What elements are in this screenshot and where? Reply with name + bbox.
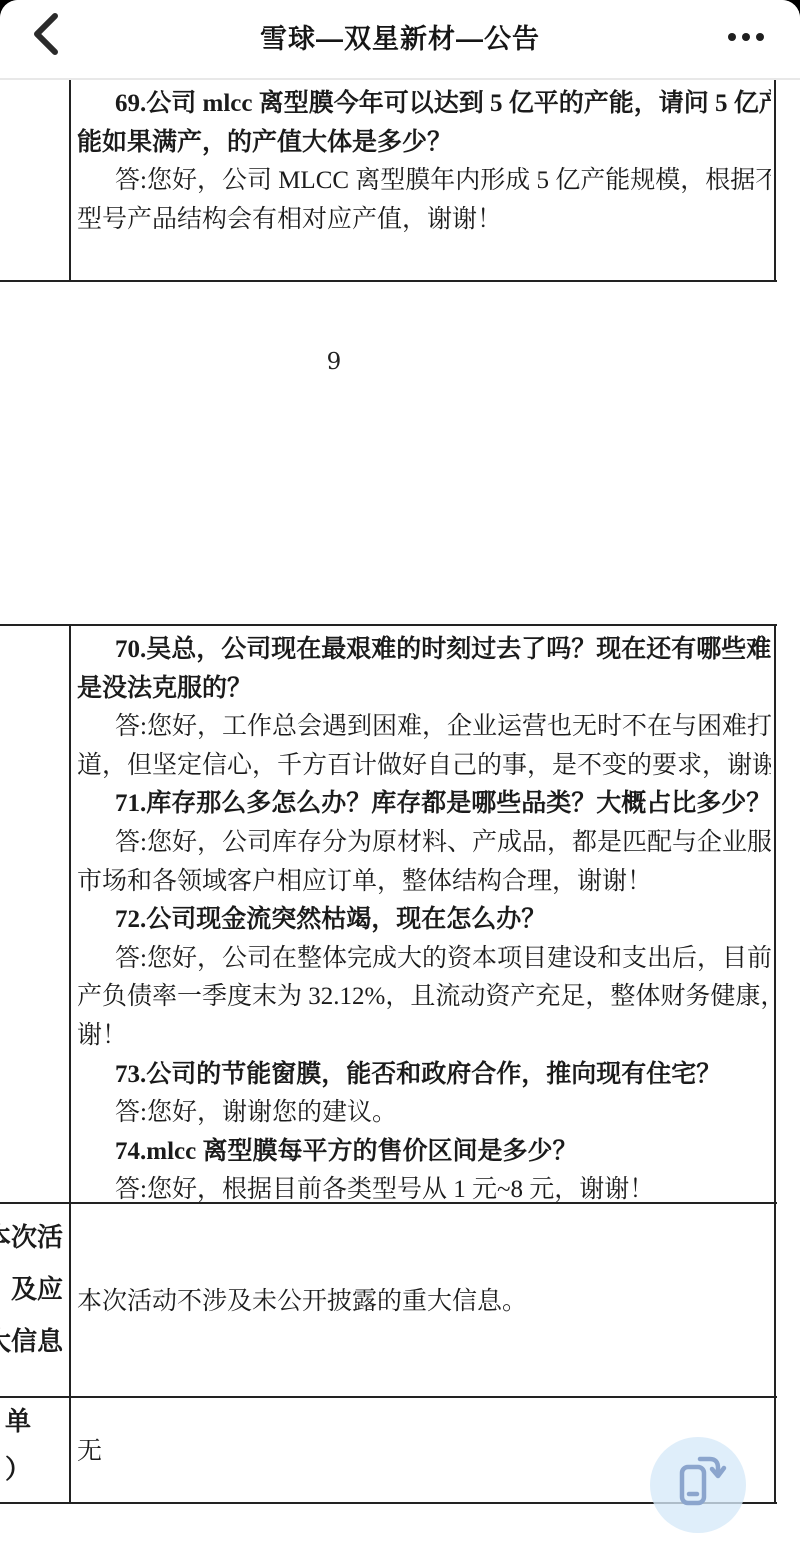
chevron-left-icon [31,12,61,61]
text-line: 能如果满产，的产值大体是多少？ [77,124,771,163]
text-line: 产负债率一季度末为 32.12%，且流动资产充足，整体财务健康，谢 [77,978,771,1017]
qa-cell: 70.吴总，公司现在最艰难的时刻过去了吗？现在还有哪些难点是没法克服的？答:您好… [71,631,777,1210]
text-line: 74.mlcc 离型膜每平方的售价区间是多少？ [77,1133,771,1172]
disclosure-row-label: 本次活及应大信息 [0,1212,69,1392]
text-line: 是没法克服的？ [77,670,771,709]
table2-top-border [0,624,777,626]
pdf-page-number: 9 [0,349,668,375]
ellipsis-icon [728,33,764,41]
page-title: 雪球—双星新材—公告 [120,0,680,72]
table1-bottom-border [0,280,777,282]
text-line: 答:您好，公司 MLCC 离型膜年内形成 5 亿产能规模，根据不同 [77,162,771,201]
text-line: 市场和各领域客户相应订单，整体结构合理，谢谢！ [77,863,771,902]
rotate-screen-button[interactable] [650,1437,746,1533]
text-line: 答:您好，公司库存分为原材料、产成品，都是匹配与企业服务 [77,824,771,863]
back-button[interactable] [24,10,68,62]
disclosure-text: 本次活动不涉及未公开披露的重大信息。 [77,1281,527,1317]
rotate-phone-icon [666,1451,730,1520]
header-divider [0,78,800,80]
text-line: 本次活 [0,1212,63,1264]
attachment-text: 无 [77,1431,102,1467]
attachment-row-label: 单） [0,1398,68,1500]
text-line: 谢！ [77,1017,771,1056]
q69-cell: 69.公司 mlcc 离型膜今年可以达到 5 亿平的产能，请问 5 亿产能如果满… [71,85,777,239]
text-line: 单 [5,1398,68,1446]
text-line: 72.公司现金流突然枯竭，现在怎么办？ [77,901,771,940]
text-line: 69.公司 mlcc 离型膜今年可以达到 5 亿平的产能，请问 5 亿产 [77,85,771,124]
document-viewer-card: 雪球—双星新材—公告 69.公司 mlcc 离型膜今年可以达到 5 亿平的产能，… [0,0,800,1552]
text-line: 答:您好，公司在整体完成大的资本项目建设和支出后，目前资 [77,940,771,979]
text-line: 大信息 [0,1316,63,1368]
text-line: 答:您好，工作总会遇到困难，企业运营也无时不在与困难打交 [77,708,771,747]
text-line: 71.库存那么多怎么办？库存都是哪些品类？大概占比多少？ [77,785,771,824]
text-line: 答:您好，谢谢您的建议。 [77,1094,771,1133]
app-header: 雪球—双星新材—公告 [0,0,800,78]
text-line: 70.吴总，公司现在最艰难的时刻过去了吗？现在还有哪些难点 [77,631,771,670]
text-line: 73.公司的节能窗膜，能否和政府合作，推向现有住宅？ [77,1056,771,1095]
text-line: 及应 [0,1264,63,1316]
text-line: ） [5,1446,68,1494]
text-line: 道，但坚定信心，千方百计做好自己的事，是不变的要求，谢谢！ [77,747,771,786]
text-line: 型号产品结构会有相对应产值，谢谢！ [77,201,771,240]
more-menu-button[interactable] [718,20,774,54]
disclosure-row-cell: 本次活动不涉及未公开披露的重大信息。 [77,1204,757,1394]
